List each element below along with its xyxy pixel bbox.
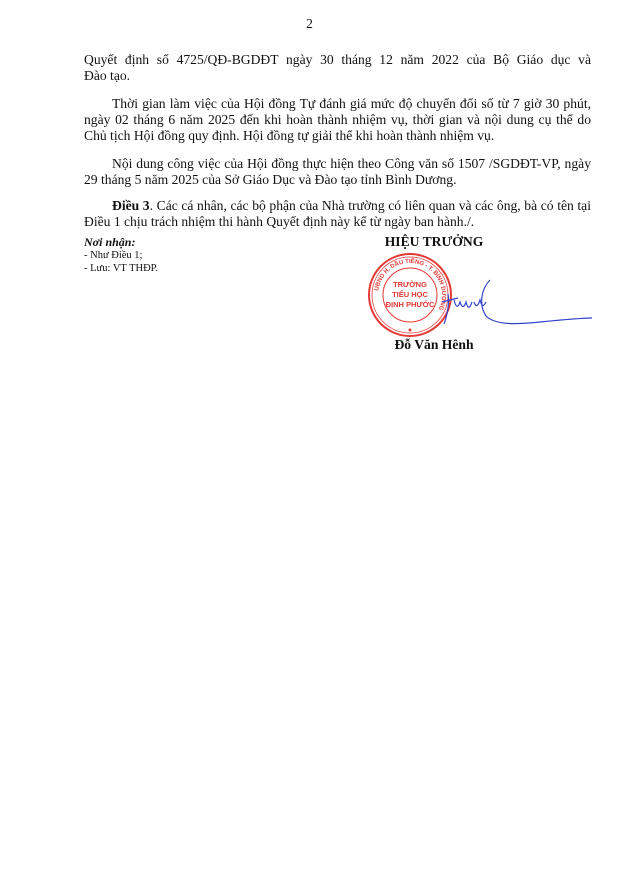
svg-text:TIỂU HỌC: TIỂU HỌC xyxy=(392,290,428,299)
page-number: 2 xyxy=(0,16,619,32)
svg-text:TRƯỜNG: TRƯỜNG xyxy=(393,280,427,289)
paragraph-working-time: Thời gian làm việc của Hội đồng Tự đánh … xyxy=(84,96,591,145)
paragraph-reference-line1: Quyết định số 4725/QĐ-BGDĐT ngày 30 thán… xyxy=(84,52,591,68)
signer-name: Đỗ Văn Hênh xyxy=(364,337,504,353)
paragraph-article-3: Điều 3. Các cá nhân, các bộ phận của Nhà… xyxy=(84,198,591,230)
handwritten-signature xyxy=(440,274,600,334)
paragraph-work-content: Nội dung công việc của Hội đồng thực hiệ… xyxy=(84,156,591,188)
recipients-title: Nơi nhận: xyxy=(84,236,158,249)
recipient-item: - Như Điều 1; xyxy=(84,249,158,262)
signer-title: HIỆU TRƯỞNG xyxy=(364,234,504,250)
article-3-text: . Các cá nhân, các bộ phận của Nhà trườn… xyxy=(84,198,591,229)
recipients-block: Nơi nhận: - Như Điều 1; - Lưu: VT THĐP. xyxy=(84,236,158,275)
svg-text:ĐỊNH PHƯỚC: ĐỊNH PHƯỚC xyxy=(386,300,435,309)
paragraph-reference-line2: Đào tạo. xyxy=(84,68,591,84)
recipient-item: - Lưu: VT THĐP. xyxy=(84,262,158,275)
article-3-label: Điều 3 xyxy=(112,198,150,213)
